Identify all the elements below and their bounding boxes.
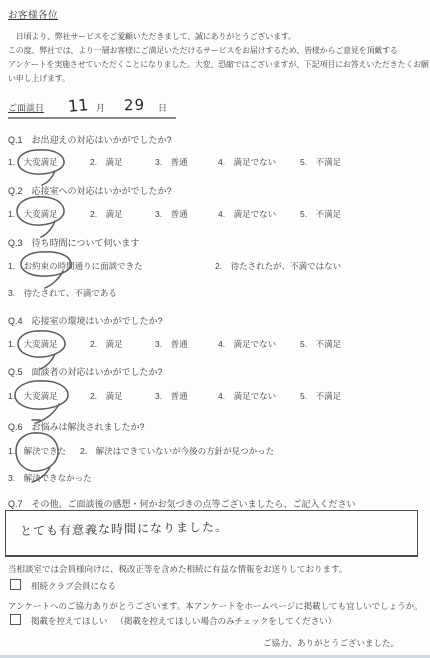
question-7-heading: Q.7その他、ご面談後の感想・何かお気づきの点等ございましたら、ご記入ください (8, 497, 356, 510)
question-5-heading: Q.5面談者の対応はいかがでしたか? (8, 365, 163, 378)
survey-publish-line: アンケートへのご協力ありがとうございます。本アンケートをホームページに掲載しても… (8, 600, 423, 612)
option-5: 5. 不満足 (300, 208, 341, 220)
option-1: 1. 大変満足 (8, 208, 58, 220)
closing-thanks: ご協力、ありがとうございました。 (263, 637, 399, 649)
handwritten-circle-mark (12, 378, 72, 426)
option-2: 2. 満足 (90, 208, 123, 220)
option-1: 1. お約束の時間通りに面談できた (8, 260, 143, 272)
option-3: 3. 解決できなかった (8, 472, 92, 484)
decline-publish-note: （掲載を控えてほしい場合のみチェックをしてください） (116, 616, 337, 626)
question-6-heading: Q.6お悩みは解決されましたか? (8, 420, 145, 433)
option-3: 3. 普通 (155, 390, 188, 402)
question-number: Q.4 (8, 316, 23, 326)
intro-line: 日頃より、弊社サービスをご愛顧いただきまして、誠にありがとうございます。 (8, 31, 296, 42)
question-number: Q.5 (8, 367, 23, 377)
question-3-options-row1: 1. お約束の時間通りに面談できた 2. 待たされたが、不満ではない (8, 260, 422, 282)
question-2-heading: Q.2応接室への対応はいかがでしたか? (8, 184, 172, 197)
question-text: 応接室への対応はいかがでしたか? (32, 186, 172, 196)
comment-box[interactable]: とても有意義な時間になりました。 (5, 510, 418, 557)
question-number: Q.1 (8, 135, 23, 145)
join-club-label: 相続クラブ会員になる (31, 581, 116, 591)
join-club-checkbox[interactable] (10, 579, 21, 590)
interview-date-row: ご面談日 11 月 29 日 (8, 99, 176, 119)
option-4: 4. 満足でない (218, 338, 276, 350)
question-text: 待ち時間について伺います (32, 238, 140, 248)
question-6-options-row1: 1. 解決できた 2. 解決はできていないが今後の方針が見つかった (8, 445, 422, 467)
option-1: 1. 解決できた (8, 445, 66, 457)
intro-line: い申し上げます。 (8, 73, 70, 84)
question-text: その他、ご面談後の感想・何かお気づきの点等ございましたら、ご記入ください (32, 499, 356, 509)
option-3: 3. 普通 (155, 338, 188, 350)
question-number: Q.3 (8, 238, 23, 248)
option-2: 2. 満足 (90, 338, 123, 350)
question-1-options: 1. 大変満足 2. 満足 3. 普通 4. 満足でない 5. 不満足 (8, 156, 422, 178)
option-1: 1. 大変満足 (8, 156, 58, 168)
interview-date-label: ご面談日 (8, 101, 44, 114)
option-1: 1. 大変満足 (8, 338, 58, 350)
question-5-options: 1. 大変満足 2. 満足 3. 普通 4. 満足でない 5. 不満足 (8, 390, 422, 412)
option-5: 5. 不満足 (300, 338, 341, 350)
intro-line: アンケートを実施させていただくことになりました。大変、恐縮ではございますが、下記… (8, 59, 429, 70)
question-3-options-row2: 3. 待たされて、不満である (8, 287, 422, 309)
option-2: 2. 待たされたが、不満ではない (215, 260, 341, 272)
question-number: Q.6 (8, 422, 23, 432)
handwritten-month-value: 11 (67, 95, 89, 116)
option-4: 4. 満足でない (218, 208, 276, 220)
option-1: 1. 大変満足 (8, 390, 58, 402)
question-4-options: 1. 大変満足 2. 満足 3. 普通 4. 満足でない 5. 不満足 (8, 338, 422, 360)
day-unit: 日 (158, 101, 167, 114)
handwritten-circle-mark (16, 147, 68, 189)
decline-publish-row: 掲載を控えてほしい（掲載を控えてほしい場合のみチェックをしてください） (10, 614, 336, 627)
question-text: お出迎えの対応はいかがでしたか? (32, 135, 172, 145)
handwritten-day-value: 29 (124, 96, 146, 115)
question-text: お悩みは解決されましたか? (32, 422, 145, 432)
member-info-line: 当相談室では会員様向けに、税改正等を含めた相続に有益な情報をお送りしております。 (8, 563, 347, 575)
survey-document: お客様各位 日頃より、弊社サービスをご愛顧いただきまして、誠にありがとうございま… (0, 0, 430, 658)
question-4-heading: Q.4応接室の環境はいかがでしたか? (8, 314, 163, 327)
option-2: 2. 解決はできていないが今後の方針が見つかった (80, 445, 274, 457)
question-number: Q.2 (8, 186, 23, 196)
handwritten-comment: とても有意義な時間になりました。 (20, 518, 228, 539)
salutation: お客様各位 (8, 7, 58, 21)
question-3-heading: Q.3待ち時間について伺います (8, 236, 139, 249)
option-5: 5. 不満足 (300, 390, 341, 402)
intro-line: この度、弊社では、より一層お客様にご満足いただけるサービスをお届けするため、皆様… (8, 45, 398, 56)
question-number: Q.7 (8, 499, 23, 509)
option-3: 3. 普通 (155, 156, 188, 168)
decline-publish-checkbox[interactable] (10, 614, 21, 625)
option-5: 5. 不満足 (300, 156, 341, 168)
decline-publish-label: 掲載を控えてほしい (31, 616, 108, 626)
join-club-row: 相続クラブ会員になる (10, 579, 116, 592)
option-2: 2. 満足 (90, 390, 123, 402)
question-2-options: 1. 大変満足 2. 満足 3. 普通 4. 満足でない 5. 不満足 (8, 208, 422, 230)
question-text: 応接室の環境はいかがでしたか? (32, 316, 163, 326)
option-3: 3. 普通 (155, 208, 188, 220)
question-6-options-row2: 3. 解決できなかった (8, 472, 422, 494)
option-3: 3. 待たされて、不満である (8, 287, 117, 299)
month-unit: 月 (96, 101, 105, 114)
option-2: 2. 満足 (90, 156, 123, 168)
option-4: 4. 満足でない (218, 390, 276, 402)
option-4: 4. 満足でない (218, 156, 276, 168)
question-text: 面談者の対応はいかがでしたか? (32, 367, 163, 377)
question-1-heading: Q.1お出迎えの対応はいかがでしたか? (8, 133, 172, 146)
